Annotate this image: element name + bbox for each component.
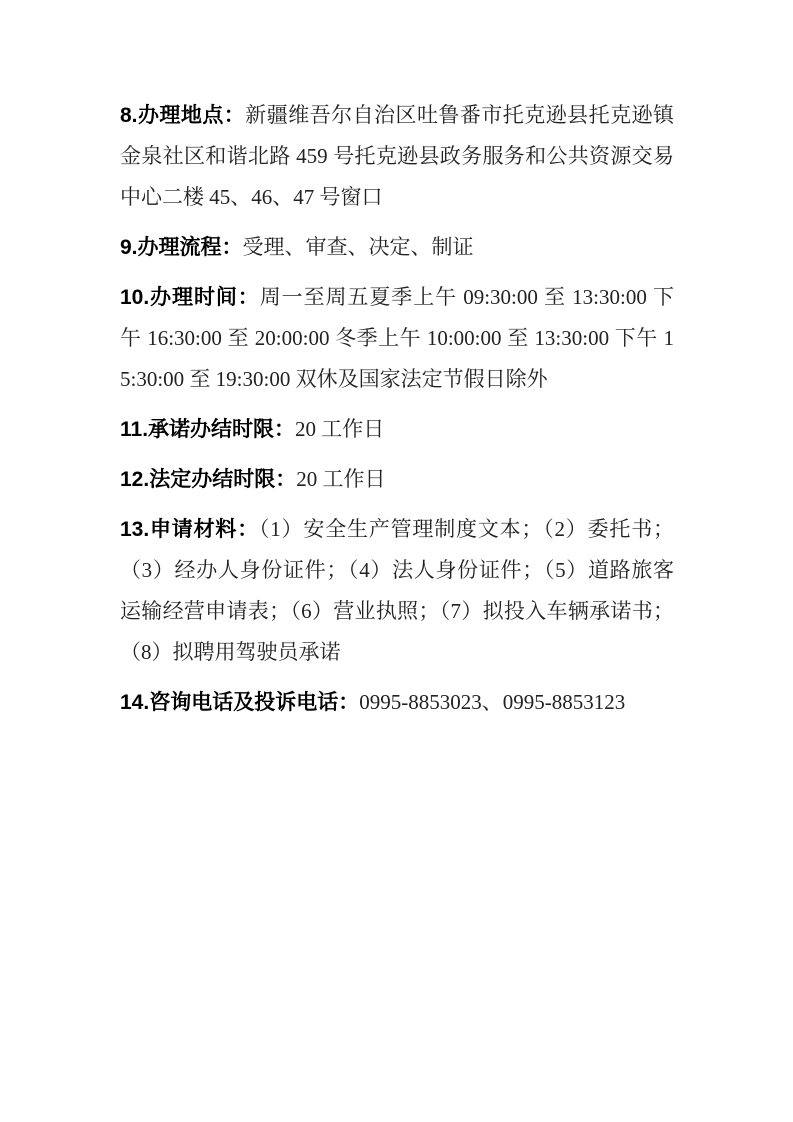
- item-14-label: 14.咨询电话及投诉电话：: [120, 691, 359, 714]
- document-content: 8.办理地点：新疆维吾尔自治区吐鲁番市托克逊县托克逊镇金泉社区和谐北路 459 …: [120, 95, 674, 723]
- item-9-handling-process: 9.办理流程：受理、审查、决定、制证: [120, 227, 674, 268]
- item-10-label: 10.办理时间：: [120, 286, 260, 309]
- document-page: 8.办理地点：新疆维吾尔自治区吐鲁番市托克逊县托克逊镇金泉社区和谐北路 459 …: [0, 0, 793, 1122]
- item-8-label: 8.办理地点：: [120, 104, 245, 127]
- item-11-label: 11.承诺办结时限：: [120, 418, 295, 441]
- item-13-label: 13.申请材料：: [120, 518, 259, 541]
- item-8-handling-location: 8.办理地点：新疆维吾尔自治区吐鲁番市托克逊县托克逊镇金泉社区和谐北路 459 …: [120, 95, 674, 218]
- item-12-label: 12.法定办结时限：: [120, 468, 296, 491]
- item-12-statutory-time-limit: 12.法定办结时限：20 工作日: [120, 459, 674, 500]
- item-14-consultation-complaint-phone: 14.咨询电话及投诉电话：0995-8853023、0995-8853123: [120, 682, 674, 723]
- item-13-application-materials: 13.申请材料：（1）安全生产管理制度文本；（2）委托书；（3）经办人身份证件；…: [120, 509, 674, 673]
- item-10-handling-hours: 10.办理时间：周一至周五夏季上午 09:30:00 至 13:30:00 下午…: [120, 277, 674, 400]
- item-9-content: 受理、审查、决定、制证: [243, 235, 474, 259]
- item-11-promised-time-limit: 11.承诺办结时限：20 工作日: [120, 409, 674, 450]
- item-14-content: 0995-8853023、0995-8853123: [359, 690, 625, 714]
- item-12-content: 20 工作日: [296, 467, 385, 491]
- item-9-label: 9.办理流程：: [120, 236, 243, 259]
- item-11-content: 20 工作日: [295, 417, 384, 441]
